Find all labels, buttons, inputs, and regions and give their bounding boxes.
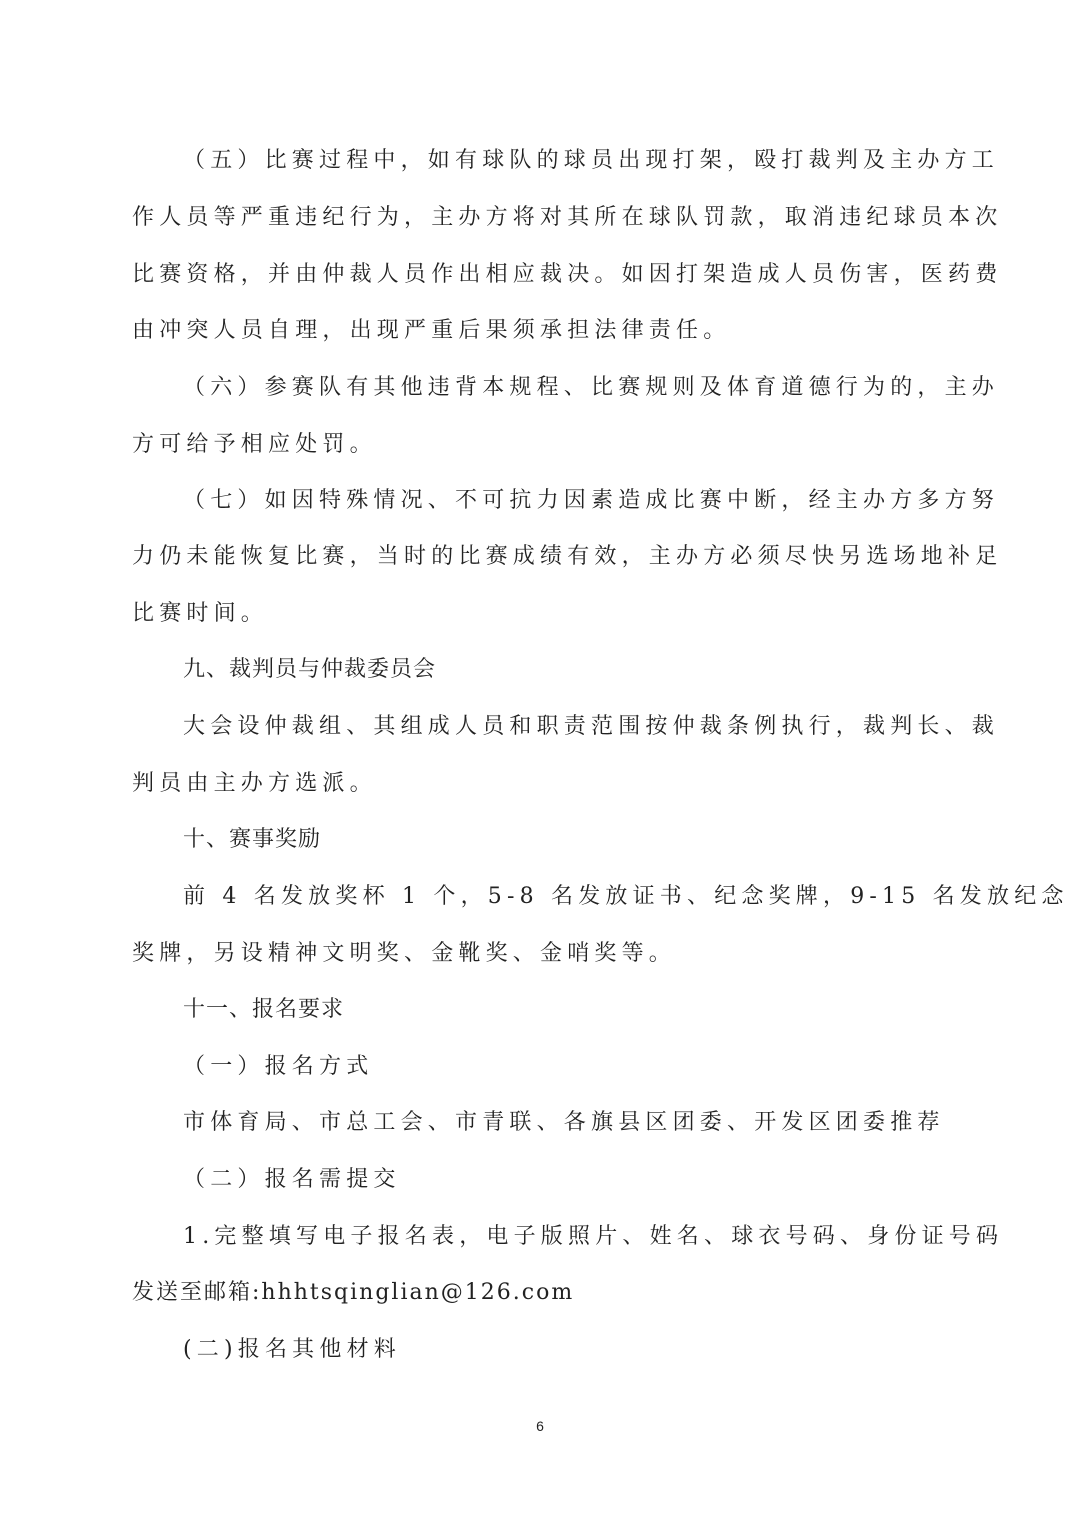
section-heading: 九、裁判员与仲裁委员会: [183, 656, 436, 684]
paragraph-line: 奖牌，另设精神文明奖、金靴奖、金哨奖等。: [132, 940, 676, 968]
paragraph-line: 由冲突人员自理，出现严重后果须承担法律责任。: [132, 317, 730, 345]
paragraph-line: （七）如因特殊情况、不可抗力因素造成比赛中断，经主办方多方努: [183, 487, 999, 515]
page-number: 6: [0, 1418, 1080, 1434]
section-heading: 十、赛事奖励: [183, 826, 321, 854]
paragraph-line: 市体育局、市总工会、市青联、各旗县区团委、开发区团委推荐: [183, 1109, 945, 1137]
paragraph-line: 前 4 名发放奖杯 1 个，5-8 名发放证书、纪念奖牌，9-15 名发放纪念: [183, 883, 1069, 911]
paragraph-line: 判员由主办方选派。: [132, 770, 377, 798]
paragraph-line: 1.完整填写电子报名表，电子版照片、姓名、球衣号码、身份证号码: [183, 1223, 1003, 1251]
paragraph-line: 比赛时间。: [132, 600, 268, 628]
paragraph-line: （二）报名需提交: [183, 1166, 401, 1194]
email-line: 发送至邮箱:hhhtsqinglian@126.com: [132, 1279, 574, 1307]
paragraph-line: 力仍未能恢复比赛，当时的比赛成绩有效，主办方必须尽快另选场地补足: [132, 543, 1002, 571]
paragraph-line: (二)报名其他材料: [183, 1336, 401, 1364]
paragraph-line: （六）参赛队有其他违背本规程、比赛规则及体育道德行为的，主办: [183, 374, 999, 402]
paragraph-line: 方可给予相应处罚。: [132, 431, 377, 459]
paragraph-line: 作人员等严重违纪行为，主办方将对其所在球队罚款，取消违纪球员本次: [132, 204, 1002, 232]
paragraph-line: （一）报名方式: [183, 1053, 373, 1081]
paragraph-line: （五）比赛过程中，如有球队的球员出现打架，殴打裁判及主办方工: [183, 147, 999, 175]
paragraph-line: 比赛资格，并由仲裁人员作出相应裁决。如因打架造成人员伤害，医药费: [132, 261, 1002, 289]
paragraph-line: 大会设仲裁组、其组成人员和职责范围按仲裁条例执行，裁判长、裁: [183, 713, 999, 741]
section-heading: 十一、报名要求: [183, 996, 344, 1024]
